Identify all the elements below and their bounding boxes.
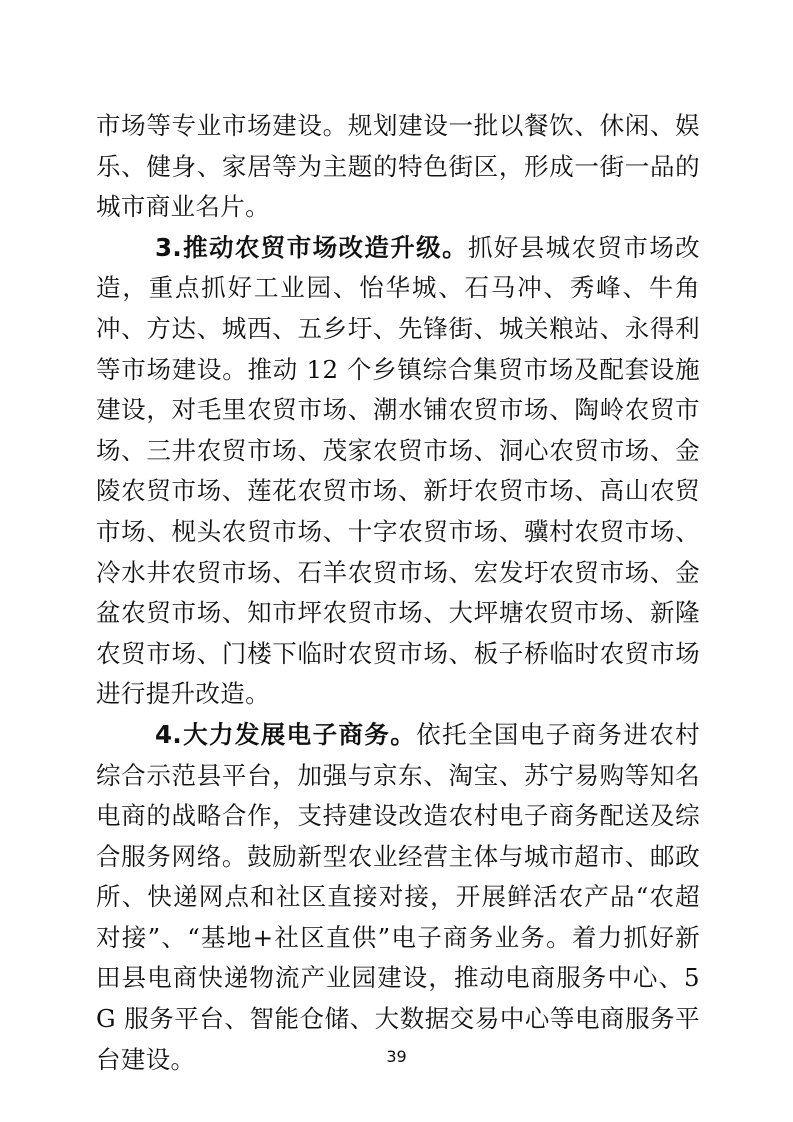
document-page: 市场等专业市场建设。规划建设一批以餐饮、休闲、娱乐、健身、家居等为主题的特色街区… [96,106,700,1080]
paragraph-text: 抓好县城农贸市场改造，重点抓好工业园、怡华城、石马冲、秀峰、牛角冲、方达、城西、… [96,233,700,709]
section-heading-4: 4.大力发展电子商务。 [155,720,416,749]
section-heading-3: 3.推动农贸市场改造升级。 [155,233,468,262]
paragraph-text: 市场等专业市场建设。规划建设一批以餐饮、休闲、娱乐、健身、家居等为主题的特色街区… [96,111,700,221]
paragraph-commercial-streets: 市场等专业市场建设。规划建设一批以餐饮、休闲、娱乐、健身、家居等为主题的特色街区… [96,106,700,228]
paragraph-ecommerce: 4.大力发展电子商务。依托全国电子商务进农村综合示范县平台，加强与京东、淘宝、苏… [96,715,700,1080]
paragraph-farmers-market-upgrade: 3.推动农贸市场改造升级。抓好县城农贸市场改造，重点抓好工业园、怡华城、石马冲、… [96,228,700,715]
page-number: 39 [0,1047,793,1066]
paragraph-text: 依托全国电子商务进农村综合示范县平台，加强与京东、淘宝、苏宁易购等知名电商的战略… [96,720,700,1074]
